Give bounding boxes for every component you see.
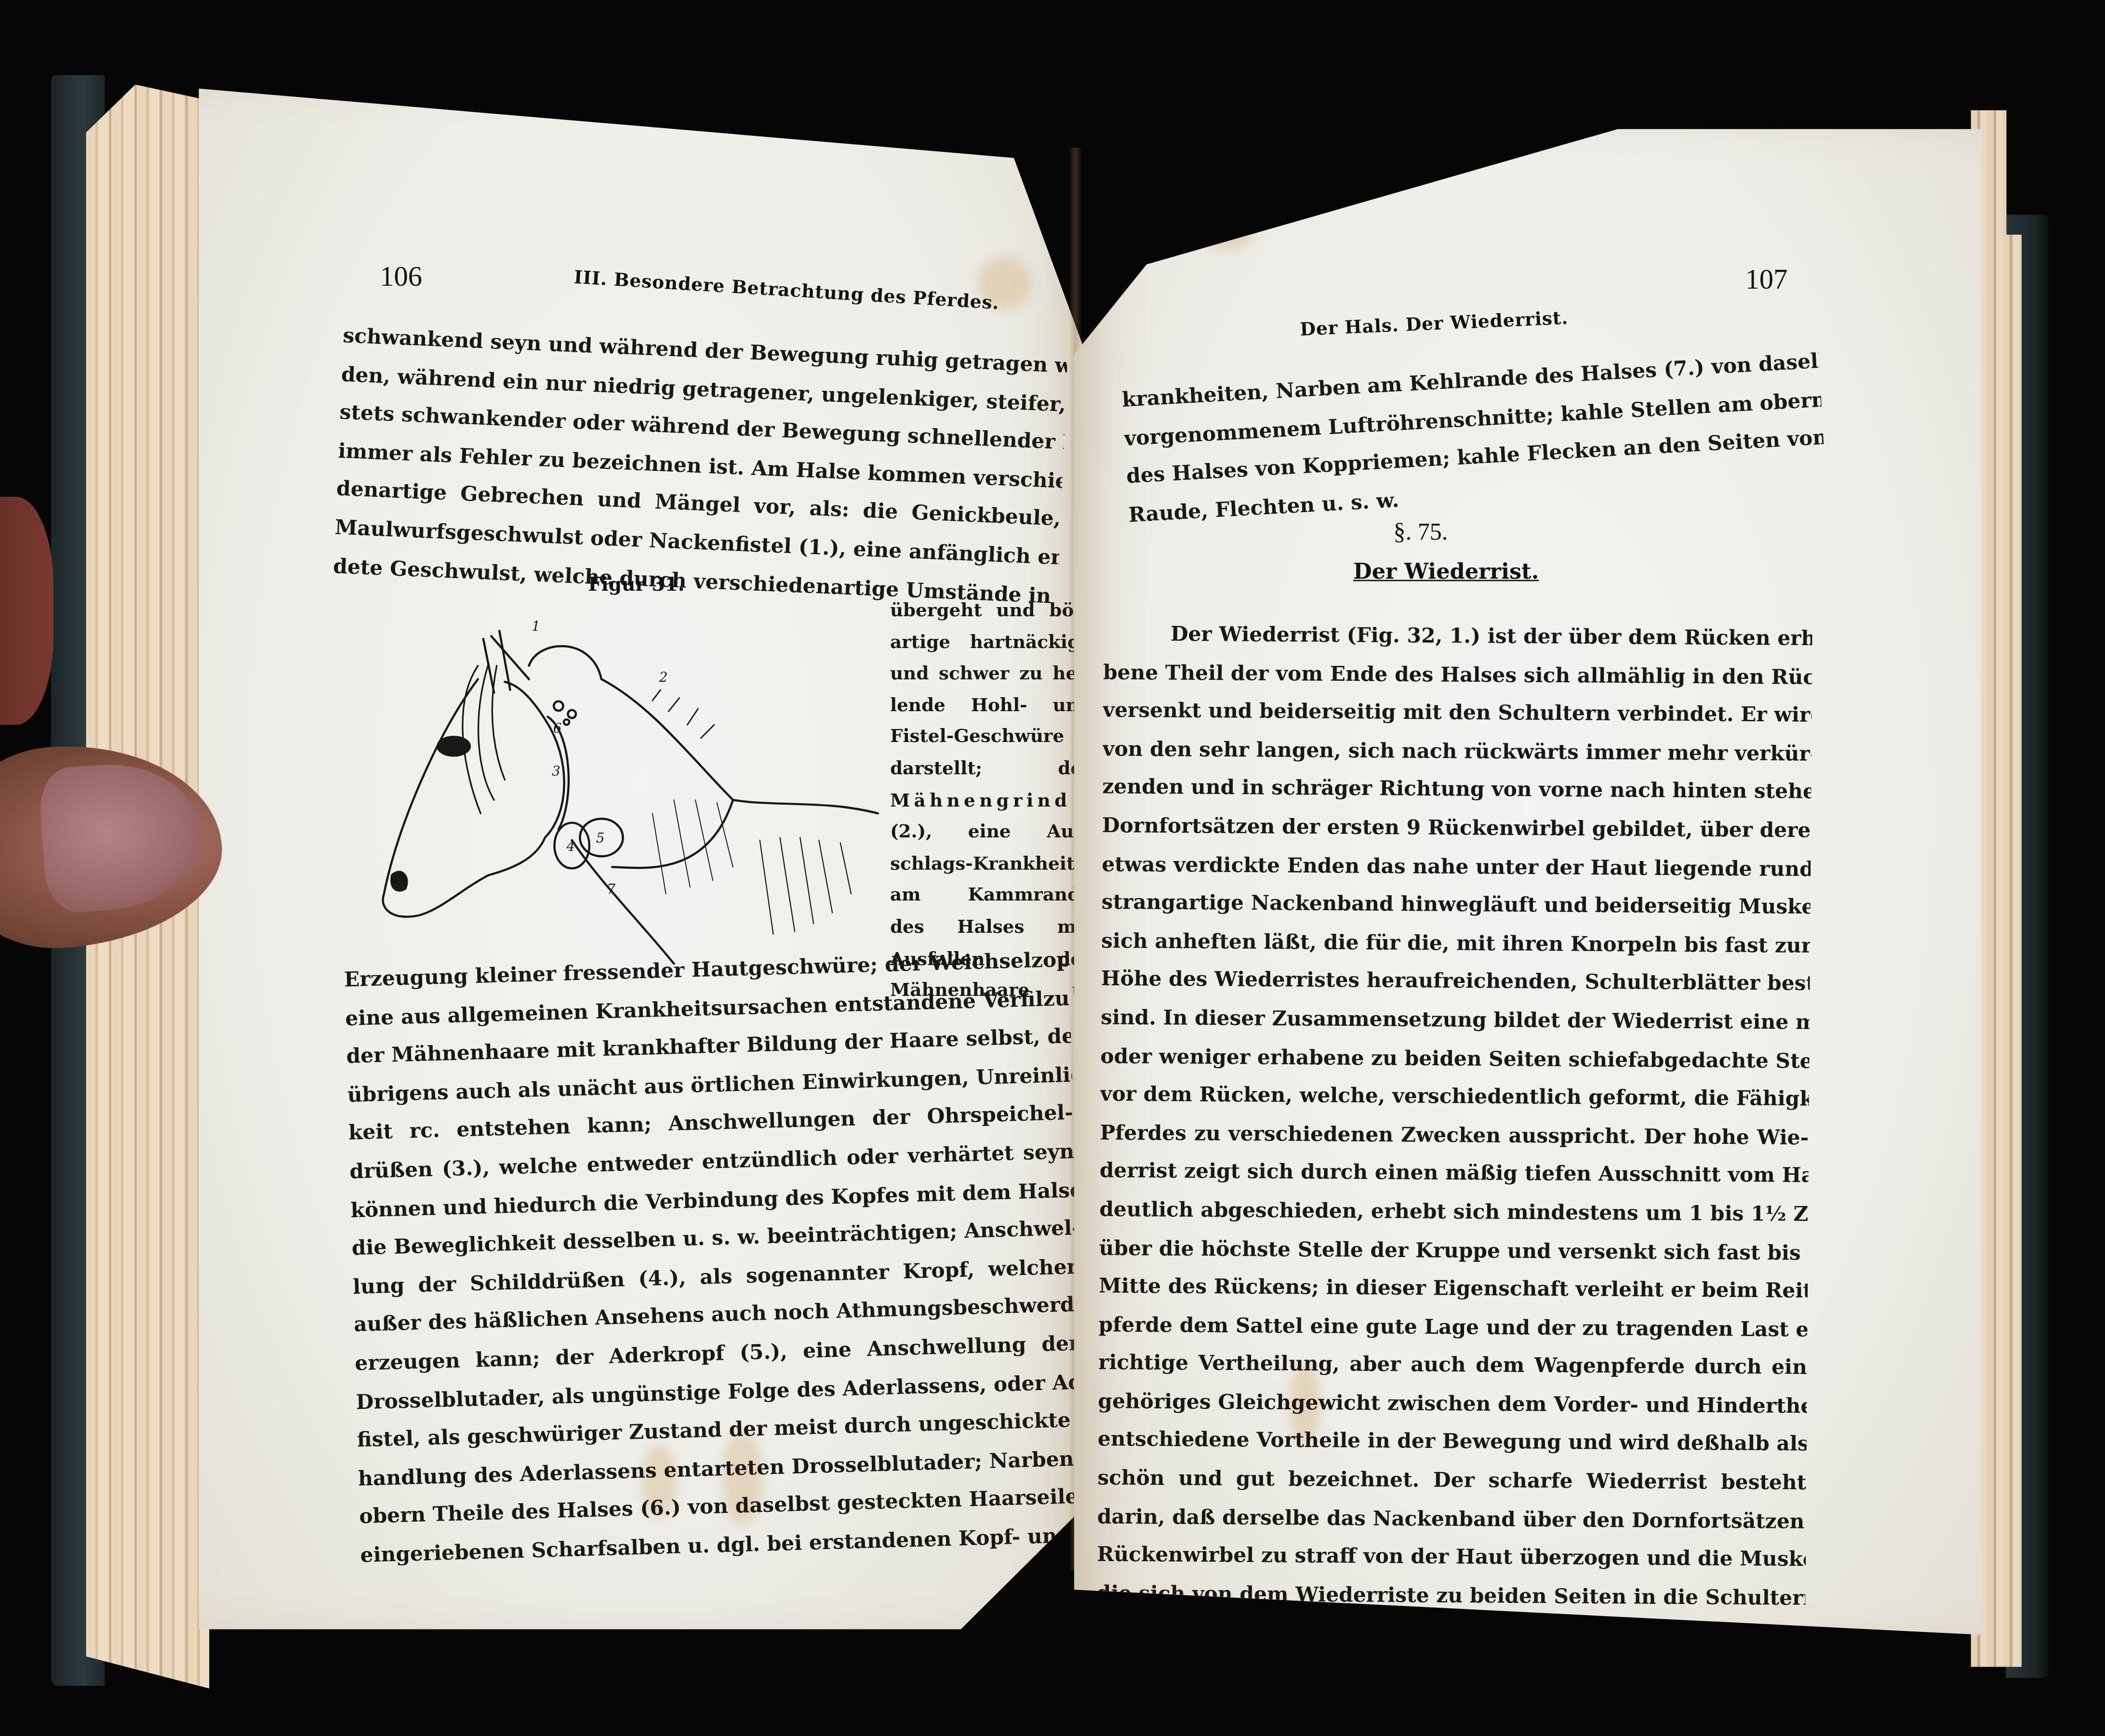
text-line: die sich von dem Wiederriste zu beiden S… (1096, 1574, 1805, 1617)
text-line: (2.), eine Aus- (890, 818, 1085, 849)
figure-label-1: 1 (532, 618, 540, 634)
right-page: 107 Der Hals. Der Wiederrist. krankheite… (1074, 129, 1982, 1635)
page-number-right: 107 (1745, 263, 1787, 297)
figure-label-5: 5 (596, 830, 605, 846)
text-line: vor dem Rücken, welche, verschiedentlich… (1100, 1075, 1809, 1119)
text-line: lende Hohl- und (890, 691, 1085, 723)
text-line: von den sehr langen, sich nach rückwärts… (1103, 730, 1812, 773)
text-line: und schwer zu hei- (890, 659, 1085, 691)
figure-caption: Figur 31. (588, 574, 684, 596)
text-line: des Halses mit (890, 913, 1085, 944)
holding-finger (0, 497, 53, 725)
text-line: strangartige Nackenband hinwegläuft und … (1101, 883, 1810, 927)
text-line: gehöriges Gleichgewicht zwischen dem Vor… (1098, 1382, 1807, 1426)
text-line: Höhe des Wiederristes heraufreichenden, … (1101, 960, 1810, 1004)
right-page-text-body: Der Wiederrist (Fig. 32, 1.) ist der übe… (1096, 615, 1812, 1635)
left-page: 106 III. Besondere Betrachtung des Pferd… (199, 89, 1085, 1630)
text-line: Rückenwirbel zu straff von der Haut über… (1097, 1536, 1806, 1579)
text-line: sind. In dieser Zusammensetzung bildet d… (1101, 998, 1810, 1042)
text-line: übergeht und bös- (890, 596, 1085, 628)
text-line: versenkt und beiderseitig mit den Schult… (1103, 691, 1812, 735)
text-line: Pferdes zu verschiedenen Zwecken ausspri… (1100, 1113, 1809, 1157)
figure-label-2: 2 (659, 669, 668, 685)
section-title: Der Wiederrist. (1353, 558, 1539, 584)
text-line: schön und gut bezeichnet. Der scharfe Wi… (1097, 1459, 1806, 1502)
text-line: Der Wiederrist (Fig. 32, 1.) ist der übe… (1103, 615, 1812, 658)
text-line: derrist zeigt sich durch einen mäßig tie… (1100, 1152, 1809, 1195)
text-line: sich anheften läßt, die für die, mit ihr… (1101, 922, 1810, 965)
figure-label-6: 6 (553, 720, 562, 736)
figure-label-3: 3 (552, 763, 560, 779)
running-head-left: III. Besondere Betrachtung des Pferdes. (573, 267, 1000, 314)
text-line: richtige Vertheilung, aber auch dem Wage… (1098, 1344, 1807, 1387)
text-line: am Kammrande (890, 881, 1085, 913)
text-line: darin, daß derselbe das Nackenband über … (1097, 1497, 1806, 1541)
right-page-text-top: krankheiten, Narben am Kehlrande des Hal… (1121, 342, 1826, 534)
figure-label-7: 7 (607, 881, 615, 897)
text-line: entschiedene Vortheile in der Bewegung u… (1098, 1421, 1807, 1464)
text-line: pferde dem Sattel eine gute Lage und der… (1098, 1306, 1807, 1349)
text-line: zenden und in schräger Richtung von vorn… (1102, 768, 1811, 811)
left-page-text-bottom: Erzeugung kleiner fressender Hautgeschwü… (344, 941, 1085, 1575)
text-line: schlags-Krankheit (890, 849, 1085, 881)
text-line: deutlich abgeschieden, erhebt sich minde… (1099, 1191, 1808, 1234)
text-line: Mähnengrind (890, 786, 1085, 818)
text-line: bene Theil der vom Ende des Halses sich … (1103, 653, 1812, 697)
text-line: über die höchste Stelle der Kruppe und v… (1099, 1229, 1808, 1272)
horse-head-illustration: 1 2 3 4 5 6 7 (371, 612, 881, 974)
text-line: Dornfortsätzen der ersten 9 Rückenwirbel… (1102, 807, 1811, 850)
text-line: darstellt; der (890, 754, 1085, 786)
text-line: artige hartnäckige (890, 628, 1085, 660)
section-number: §. 75. (1394, 518, 1448, 546)
foxing-stain (1201, 210, 1255, 250)
thumbnail (38, 758, 206, 914)
text-line: etwas verdickte Enden das nahe unter der… (1102, 845, 1811, 888)
running-head-right: Der Hals. Der Wiederrist. (1300, 308, 1569, 341)
page-number-left: 106 (380, 260, 422, 294)
text-line: Mitte des Rückens; in dieser Eigenschaft… (1099, 1267, 1808, 1311)
text-line: Fistel-Geschwüre (890, 723, 1085, 755)
photo-stage: 106 III. Besondere Betrachtung des Pferd… (0, 0, 2105, 1736)
left-page-text-top: schwankend seyn und während der Bewegung… (333, 317, 1068, 615)
figure-label-4: 4 (566, 838, 575, 854)
text-line: oder weniger erhabene zu beiden Seiten s… (1100, 1037, 1809, 1080)
